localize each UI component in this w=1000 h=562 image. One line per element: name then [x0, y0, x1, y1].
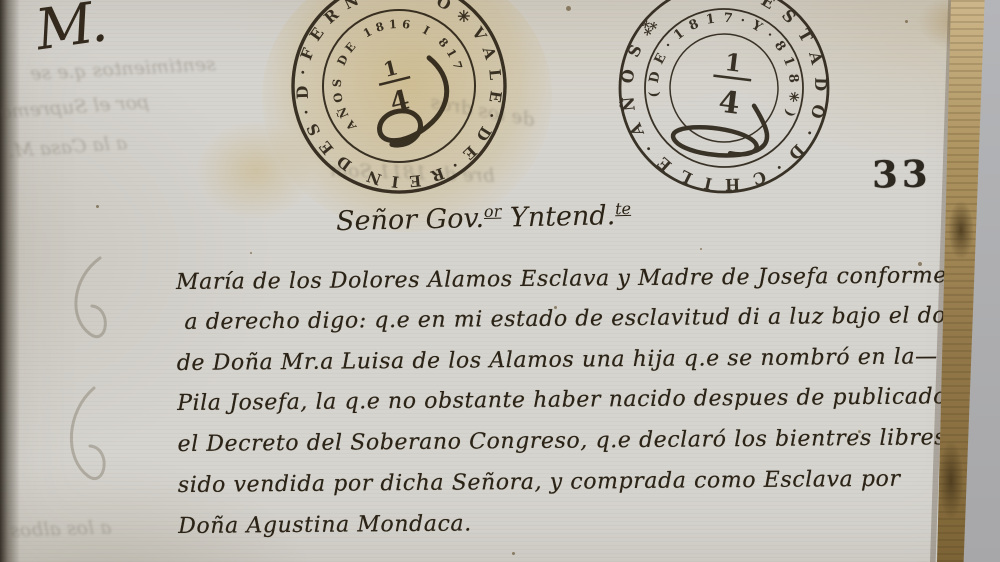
bleed-through-text: a los albos	[10, 516, 112, 542]
document-heading: Señor Gov.or Yntend.te	[336, 199, 632, 237]
heading-text: Señor Gov.	[336, 203, 485, 237]
stamp-fraction-denominator: 4	[717, 85, 742, 122]
stamp-fraction-numerator: 1	[381, 55, 400, 82]
stamp-estado-de-chile-seal: ✳ESTADO·D·CHILE·AÑOS⁂ (DE·1817·Y·818✳) 1…	[597, 0, 851, 215]
ink-speck	[700, 248, 702, 250]
book-edge	[930, 0, 1000, 562]
edge-stain	[938, 440, 964, 520]
margin-flourish	[42, 248, 132, 518]
binding-gutter-shadow	[0, 0, 20, 562]
ink-speck	[250, 252, 252, 254]
monogram-mark: M.	[32, 0, 108, 63]
ink-speck	[918, 262, 922, 266]
ink-speck	[554, 306, 557, 309]
heading-text: Yntend.	[501, 200, 616, 233]
ink-speck	[512, 552, 515, 555]
stamp-fraction-numerator: 1	[723, 47, 743, 78]
ink-speck	[96, 205, 99, 208]
manuscript-line: Doña Agustina Mondaca.	[178, 511, 472, 539]
heading-superscript: te	[615, 199, 631, 218]
ink-speck	[566, 6, 571, 11]
ink-speck	[905, 20, 908, 23]
ink-speck	[858, 430, 861, 433]
scanned-manuscript-page: sentimientos q.e se por el Supremo a la …	[0, 0, 1000, 562]
rubric-flourish	[365, 55, 457, 149]
folio-number: 33	[872, 151, 932, 196]
heading-superscript: or	[484, 202, 502, 221]
edge-stain	[948, 200, 974, 260]
